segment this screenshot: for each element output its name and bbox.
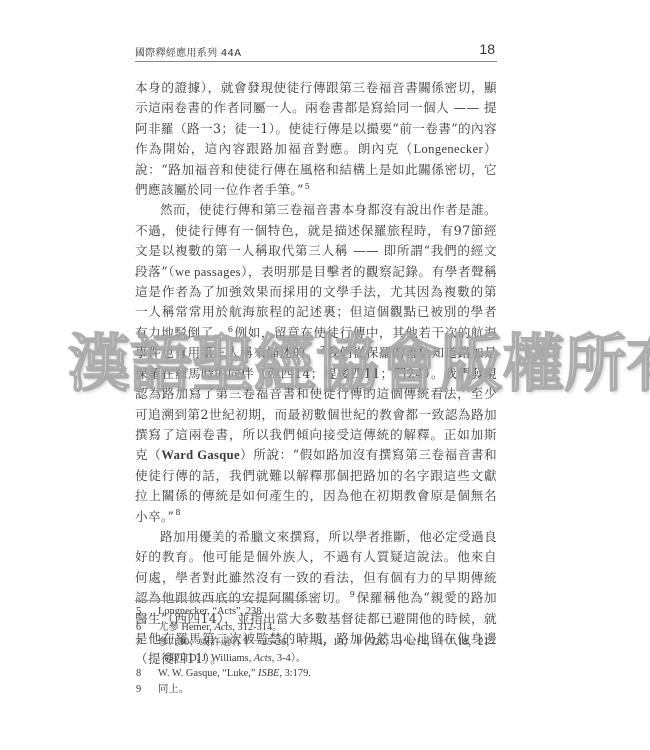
footnote-number: 9 bbox=[136, 682, 141, 698]
text-run: we passages bbox=[175, 265, 241, 279]
text-run: , 312-314。 bbox=[232, 622, 282, 633]
watermark-char: 權 bbox=[502, 333, 564, 395]
footnote-ref: 5 bbox=[305, 182, 310, 191]
footnote-divider bbox=[135, 600, 317, 601]
page-header: 國際釋經應用系列 44A 18 bbox=[135, 40, 497, 62]
footnote-text: W. W. Gasque, “Luke,” ISBE, 3:179. bbox=[158, 666, 497, 682]
text-run: 尤參 Hemer, bbox=[158, 622, 214, 633]
body-text: 本身的證據），就會發現使徒行傳跟第三卷福音書關係密切，顯示這兩卷書的作者同屬一人… bbox=[135, 78, 497, 670]
footnote: 6尤參 Hemer, Acts, 312-314。 bbox=[135, 620, 497, 636]
footnote-number: 7 bbox=[136, 635, 141, 651]
series-title: 國際釋經應用系列 44A bbox=[135, 44, 241, 59]
text-run: Acts bbox=[254, 653, 272, 664]
watermark-char: 有 bbox=[626, 333, 650, 395]
text-run: 我們從保羅的書信知道路加是保羅在羅馬時的同伴（西四14；提後四11；門24）。我… bbox=[135, 345, 497, 462]
text-run: , 3-4）。 bbox=[272, 653, 307, 664]
paragraph: 然而，使徒行傳和第三卷福音書本身都沒有說出作者是誰。不過，使徒行傳有一個特色，就… bbox=[135, 200, 497, 527]
footnote: 5Longnecker, “Acts”, 238. bbox=[135, 604, 497, 620]
footnote-ref: 9 bbox=[350, 590, 355, 599]
footnote-ref: 8 bbox=[175, 508, 180, 517]
footnote-number: 8 bbox=[136, 666, 141, 682]
text-run: 同上。 bbox=[158, 684, 189, 695]
text-run: Ward Gasque bbox=[161, 448, 240, 462]
footnote: 7參九30；或許還有十一25-26，十三4，13，十四26，十七14，十八18，… bbox=[135, 635, 497, 666]
paragraph: 本身的證據），就會發現使徒行傳跟第三卷福音書關係密切，顯示這兩卷書的作者同屬一人… bbox=[135, 78, 497, 200]
watermark-char: 漢 bbox=[68, 333, 130, 395]
text-run: Longnecker, “Acts”, 238. bbox=[158, 606, 264, 617]
footnote-number: 6 bbox=[136, 620, 141, 636]
footnote-ref: 6 bbox=[228, 325, 233, 334]
footnote-text: 參九30；或許還有十一25-26，十三4，13，十四26，十七14，十八18，2… bbox=[158, 635, 497, 666]
footnote: 8W. W. Gasque, “Luke,” ISBE, 3:179. bbox=[135, 666, 497, 682]
watermark-char: 所 bbox=[564, 333, 626, 395]
text-run: 參九30；或許還有十一25-26，十三4，13，十四26，十七14，十八18，2… bbox=[158, 637, 489, 664]
footnote-text: 同上。 bbox=[158, 682, 497, 698]
text-run: Longenecker bbox=[413, 142, 483, 156]
text-run: W. W. Gasque, “Luke,” bbox=[158, 668, 258, 679]
footnote-text: 尤參 Hemer, Acts, 312-314。 bbox=[158, 620, 497, 636]
footnote-text: Longnecker, “Acts”, 238. bbox=[158, 604, 497, 620]
footnote: 9同上。 bbox=[135, 682, 497, 698]
footnote-ref: 7 bbox=[320, 345, 325, 354]
page-number: 18 bbox=[479, 41, 495, 57]
text-run: ISBE bbox=[258, 668, 279, 679]
footnote-number: 5 bbox=[136, 604, 141, 620]
text-run: Acts bbox=[214, 622, 232, 633]
footnotes: 5Longnecker, “Acts”, 238.6尤參 Hemer, Acts… bbox=[135, 604, 497, 698]
text-run: , 3:179. bbox=[279, 668, 310, 679]
